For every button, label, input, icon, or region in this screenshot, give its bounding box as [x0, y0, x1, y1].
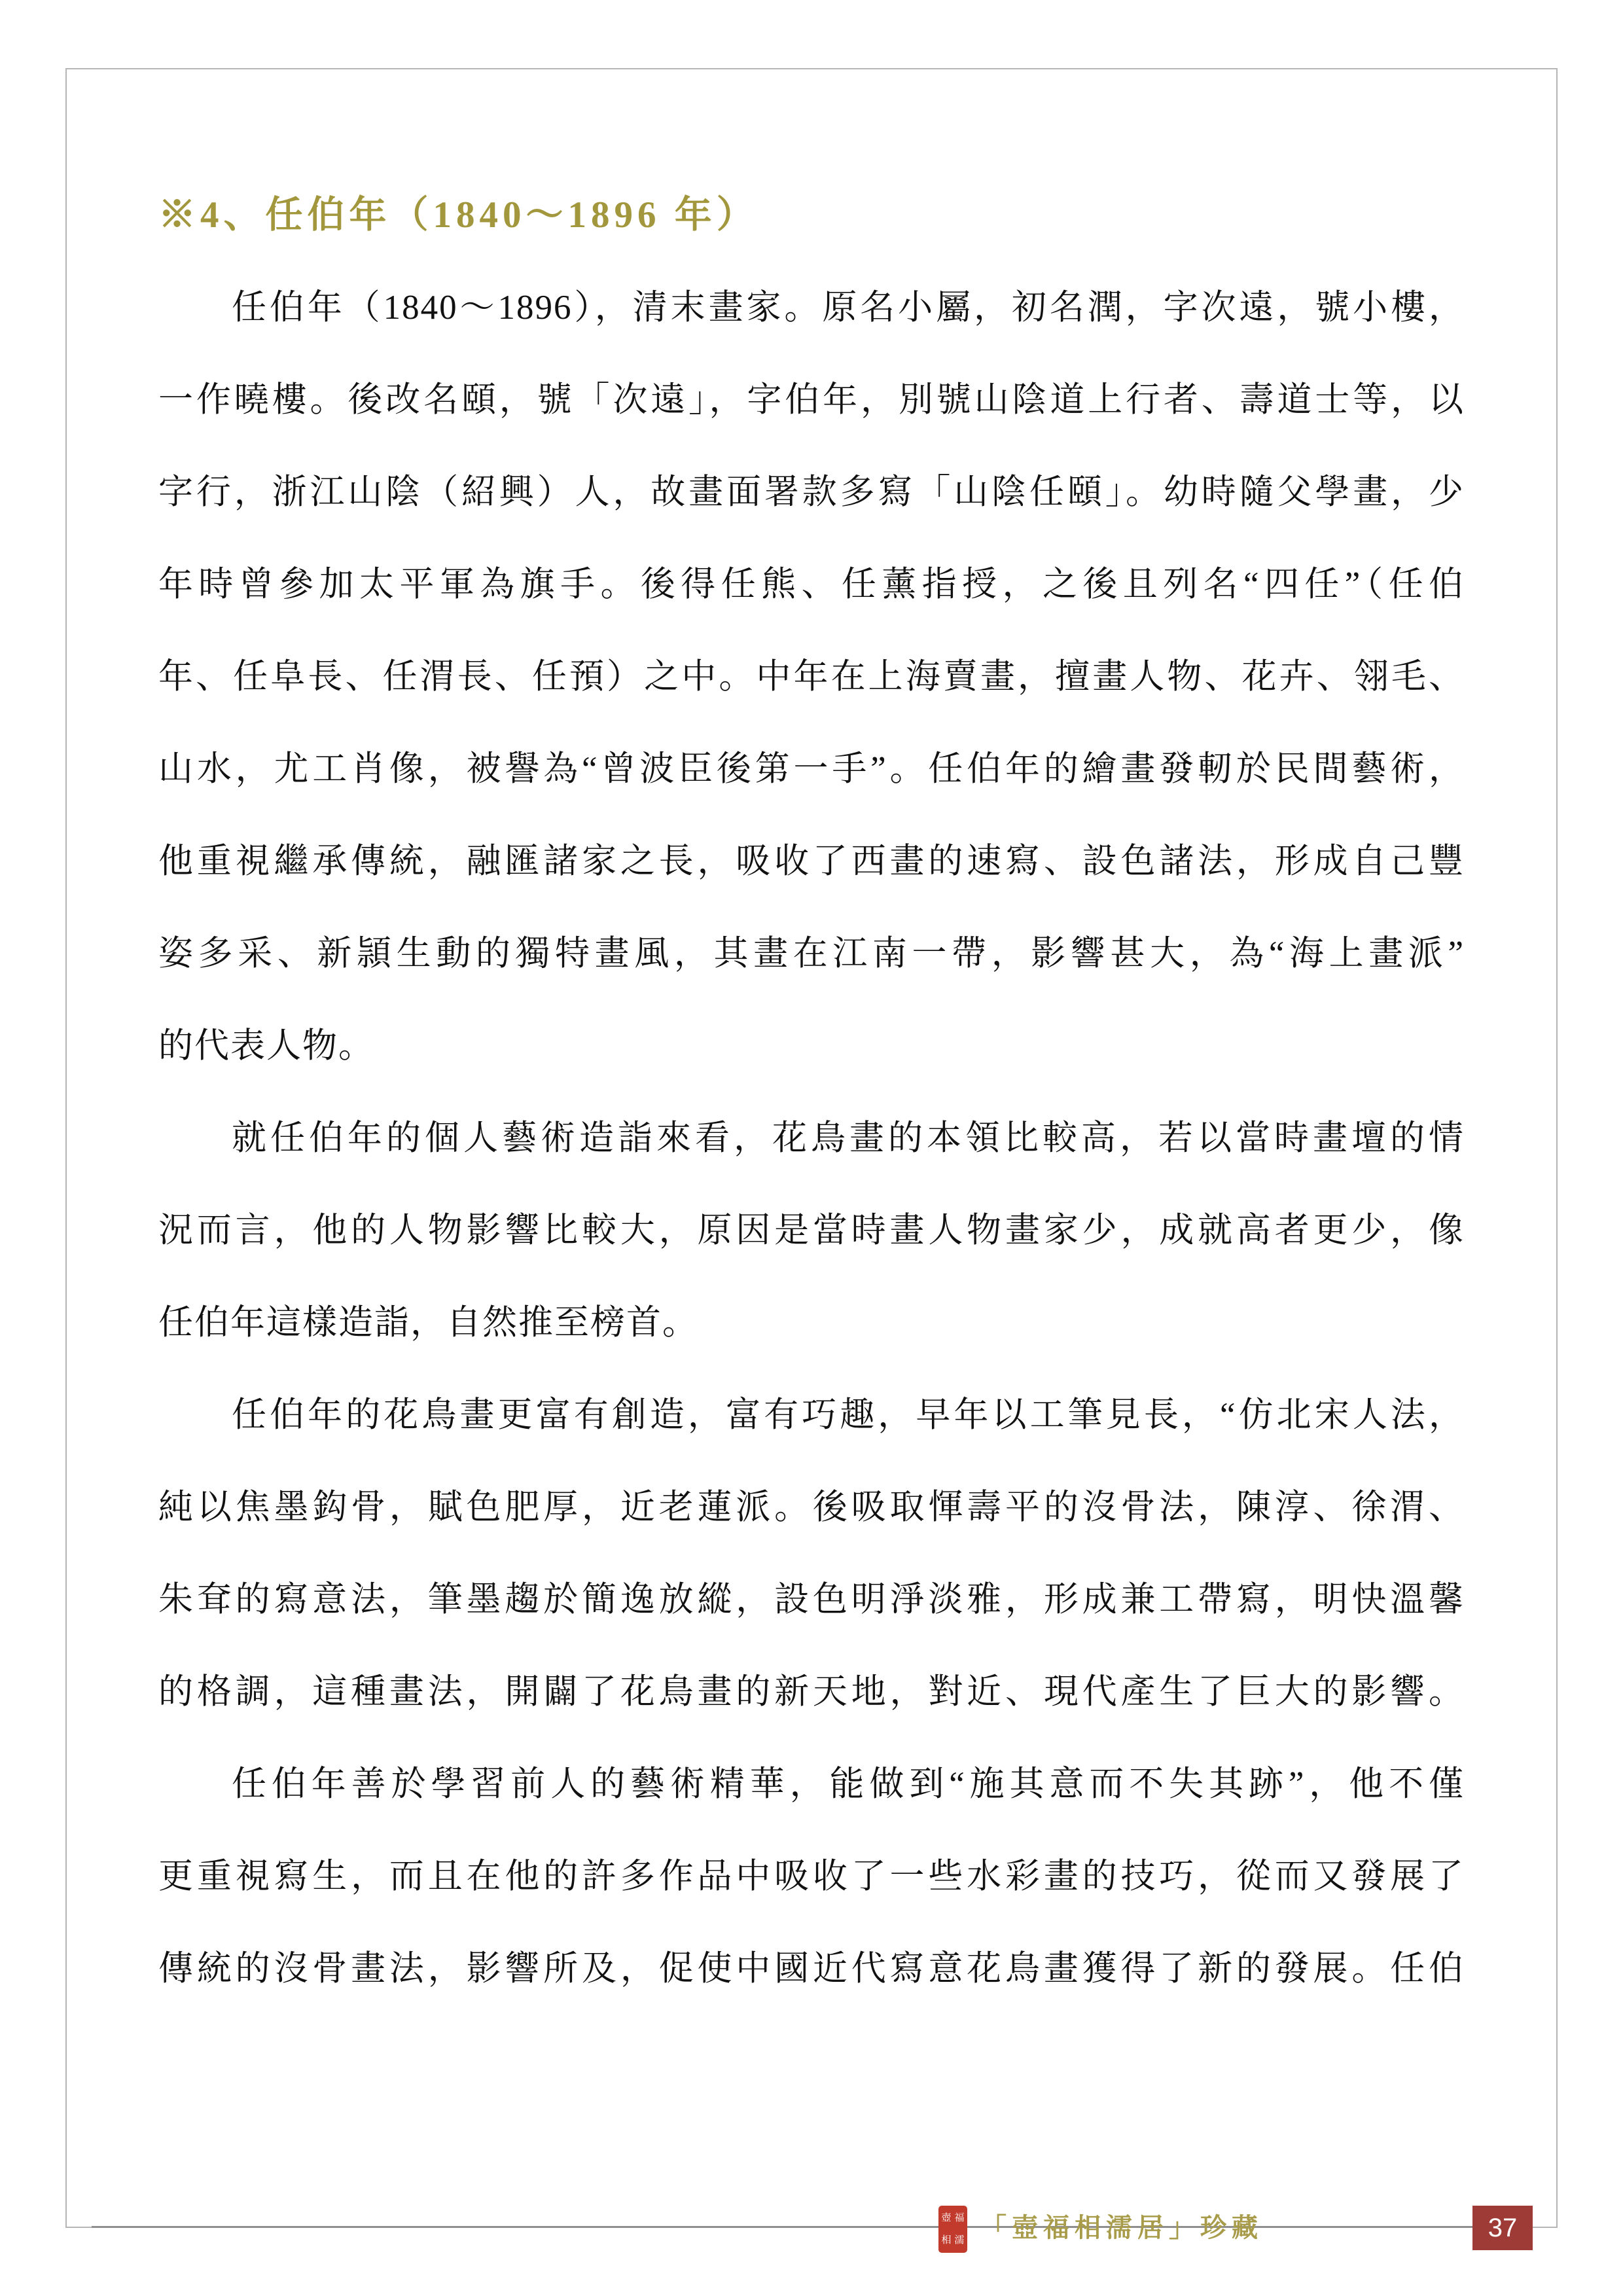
footer-divider — [92, 2226, 1531, 2228]
section-heading: ※4、任伯年（1840～1896 年） — [158, 185, 758, 238]
body-line: 任伯年的花鳥畫更富有創造，富有巧趣，早年以工筆見長，“仿北宋人法， — [158, 1369, 1465, 1462]
body-line: 他重視繼承傳統，融匯諸家之長，吸收了西畫的速寫、設色諸法，形成自己豐 — [158, 816, 1465, 908]
body-line: 況而言，他的人物影響比較大，原因是當時畫人物畫家少，成就高者更少，像 — [158, 1185, 1465, 1277]
body-line: 更重視寫生，而且在他的許多作品中吸收了一些水彩畫的技巧，從而又發展了 — [158, 1831, 1465, 1923]
body-line: 任伯年善於學習前人的藝術精華，能做到“施其意而不失其跡”，他不僅 — [158, 1738, 1465, 1831]
body-line: 姿多采、新頴生動的獨特畫風，其畫在江南一帶，影響甚大，為“海上畫派” — [158, 908, 1465, 1000]
body-line: 年、任阜長、任渭長、任預）之中。中年在上海賣畫，擅畫人物、花卉、翎毛、 — [158, 631, 1465, 723]
seal-char: 濡 — [954, 2236, 964, 2246]
body-line: 任伯年這樣造詣，自然推至榜首。 — [158, 1277, 1465, 1369]
body-line: 年時曾參加太平軍為旗手。後得任熊、任薰指授，之後且列名“四任”（任伯 — [158, 539, 1465, 631]
document-page: ※4、任伯年（1840～1896 年） 任伯年（1840～1896），清末畫家。… — [0, 0, 1623, 2296]
document-body: 任伯年（1840～1896），清末畫家。原名小屬，初名潤，字次遠，號小樓，一作曉… — [158, 262, 1465, 2015]
body-line: 的格調，這種畫法，開闢了花鳥畫的新天地，對近、現代產生了巨大的影響。 — [158, 1646, 1465, 1738]
seal-char: 相 — [941, 2236, 951, 2246]
body-line: 傳統的沒骨畫法，影響所及，促使中國近代寫意花鳥畫獲得了新的發展。任伯 — [158, 1923, 1465, 2015]
seal-char: 福 — [954, 2214, 964, 2223]
body-line: 的代表人物。 — [158, 1000, 1465, 1092]
body-line: 山水，尤工肖像，被譽為“曾波臣後第一手”。任伯年的繪畫發軔於民間藝術， — [158, 723, 1465, 816]
collection-label: 「壺福相濡居」珍藏 — [980, 2207, 1263, 2244]
body-line: 字行，浙江山陰（紹興）人，故畫面署款多寫「山陰任頤」。幼時隨父學畫，少 — [158, 446, 1465, 539]
body-line: 一作曉樓。後改名頤，號「次遠」，字伯年，別號山陰道上行者、壽道士等，以 — [158, 354, 1465, 446]
page-number: 37 — [1488, 2214, 1518, 2243]
body-line: 任伯年（1840～1896），清末畫家。原名小屬，初名潤，字次遠，號小樓， — [158, 262, 1465, 354]
seal-char: 壺 — [941, 2214, 951, 2223]
body-line: 朱耷的寫意法，筆墨趨於簡逸放縱，設色明淨淡雅，形成兼工帶寫，明快溫馨 — [158, 1554, 1465, 1646]
page-number-badge: 37 — [1472, 2206, 1533, 2250]
body-line: 就任伯年的個人藝術造詣來看，花鳥畫的本領比較高，若以當時畫壇的情 — [158, 1092, 1465, 1185]
collection-seal-icon: 壺福相濡 — [938, 2206, 967, 2253]
body-line: 純以焦墨鈎骨，賦色肥厚，近老蓮派。後吸取惲壽平的沒骨法，陳淳、徐渭、 — [158, 1462, 1465, 1554]
